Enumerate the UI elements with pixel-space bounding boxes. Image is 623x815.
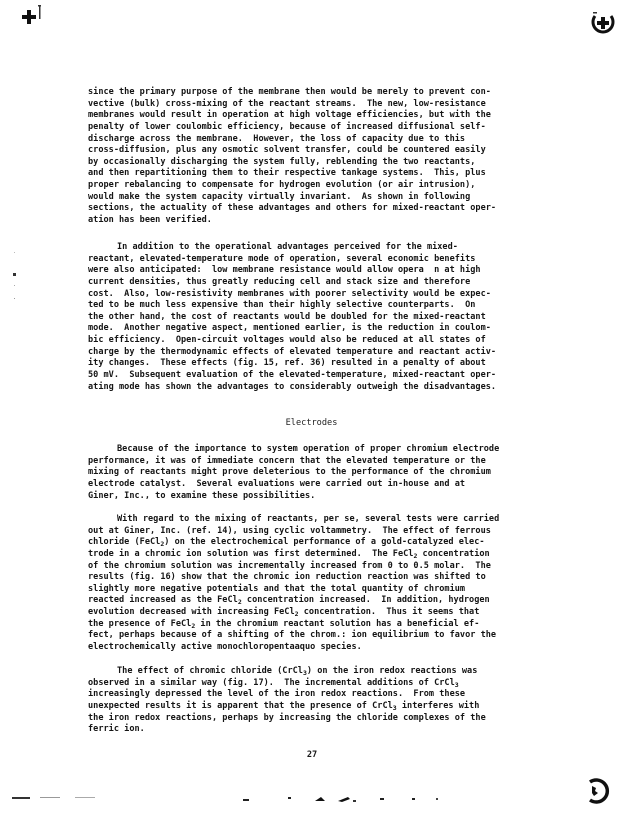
text-line: out at Giner, Inc. (ref. 14), using cycl… — [88, 526, 558, 538]
text-line: increasingly depressed the level of the … — [88, 689, 558, 701]
paragraph: In addition to the operational advantage… — [88, 242, 558, 393]
text-line: observed in a similar way (fig. 17). The… — [88, 678, 558, 690]
text-line: The effect of chromic chloride (CrCl3) o… — [88, 666, 558, 678]
text-line: since the primary purpose of the membran… — [88, 87, 558, 99]
text-line: electrochemically active monochloropenta… — [88, 642, 558, 654]
text-line: fect, perhaps because of a shifting of t… — [88, 630, 558, 642]
text-line: With regard to the mixing of reactants, … — [88, 514, 558, 526]
text-line: the iron redox reactions, perhaps by inc… — [88, 713, 558, 725]
margin-dots-icon — [12, 250, 18, 310]
text-line: cross-diffusion, plus any osmotic solven… — [88, 145, 558, 157]
text-line: reactant, elevated-temperature mode of o… — [88, 254, 558, 266]
text-line: sections, the actuality of these advanta… — [88, 203, 558, 215]
text-line: Giner, Inc., to examine these possibilit… — [88, 491, 558, 503]
text-line: ferric ion. — [88, 724, 558, 736]
text-line: ted to be much less expensive than their… — [88, 300, 558, 312]
text-line: discharge across the membrane. However, … — [88, 134, 558, 146]
scan-smudge-icon — [10, 795, 100, 801]
text-line: evolution decreased with increasing FeCl… — [88, 607, 558, 619]
text-line: ity changes. These effects (fig. 15, ref… — [88, 358, 558, 370]
text-line: bic efficiency. Open-circuit voltages wo… — [88, 335, 558, 347]
registration-cross-icon — [22, 10, 36, 24]
text-line: would make the system capacity virtually… — [88, 192, 558, 204]
registration-tick-icon — [38, 5, 41, 19]
text-line: by occasionally discharging the system f… — [88, 157, 558, 169]
text-line: of the chromium solution was incremental… — [88, 561, 558, 573]
text-line: were also anticipated: low membrane resi… — [88, 265, 558, 277]
section-heading: Electrodes — [0, 418, 623, 428]
text-line: results (fig. 16) show that the chromic … — [88, 572, 558, 584]
text-line: mode. Another negative aspect, mentioned… — [88, 323, 558, 335]
text-line: and then repartitioning them to their re… — [88, 168, 558, 180]
paragraph: The effect of chromic chloride (CrCl3) o… — [88, 666, 558, 736]
text-line: Because of the importance to system oper… — [88, 444, 558, 456]
text-line: mixing of reactants might prove deleteri… — [88, 467, 558, 479]
document-page: since the primary purpose of the membran… — [0, 0, 623, 815]
text-line: performance, it was of immediate concern… — [88, 456, 558, 468]
text-line: slightly more negative potentials and th… — [88, 584, 558, 596]
paragraph: With regard to the mixing of reactants, … — [88, 514, 558, 654]
scan-smudge-icon — [240, 795, 450, 803]
text-line: cost. Also, low-resistivity membranes wi… — [88, 289, 558, 301]
text-line: current densities, thus greatly reducing… — [88, 277, 558, 289]
text-line: proper rebalancing to compensate for hyd… — [88, 180, 558, 192]
text-line: the presence of FeCl2 in the chromium re… — [88, 619, 558, 631]
paragraph: Because of the importance to system oper… — [88, 444, 558, 502]
text-line: 50 mV. Subsequent evaluation of the elev… — [88, 370, 558, 382]
text-line: the other hand, the cost of reactants wo… — [88, 312, 558, 324]
circled-mark-icon — [584, 777, 610, 805]
text-line: reacted increased as the FeCl2 concentra… — [88, 595, 558, 607]
text-line: charge by the thermodynamic effects of e… — [88, 347, 558, 359]
text-line: ating mode has shown the advantages to c… — [88, 382, 558, 394]
text-line: chloride (FeCl2) on the electrochemical … — [88, 537, 558, 549]
paragraph: since the primary purpose of the membran… — [88, 87, 558, 227]
text-line: vective (bulk) cross-mixing of the react… — [88, 99, 558, 111]
text-line: In addition to the operational advantage… — [88, 242, 558, 254]
circled-cross-icon — [590, 10, 616, 36]
text-line: electrode catalyst. Several evaluations … — [88, 479, 558, 491]
text-line: membranes would result in operation at h… — [88, 110, 558, 122]
text-line: ation has been verified. — [88, 215, 558, 227]
text-line: penalty of lower coulombic efficiency, b… — [88, 122, 558, 134]
text-line: unexpected results it is apparent that t… — [88, 701, 558, 713]
text-line: trode in a chromic ion solution was firs… — [88, 549, 558, 561]
page-number: 27 — [300, 750, 324, 760]
